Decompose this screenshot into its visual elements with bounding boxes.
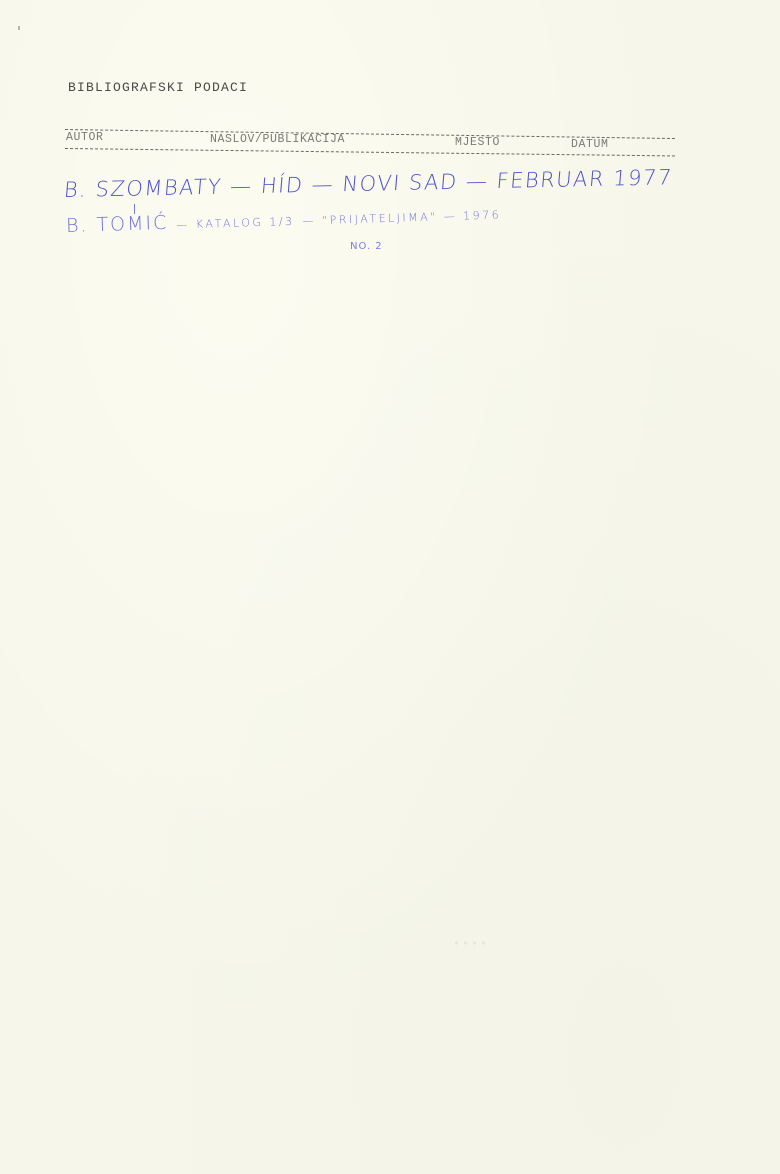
entry-2-naslov: — KATALOG 1/3 — [176, 215, 295, 232]
column-label-naslov: NASLOV/PUBLIKACIJA — [210, 133, 345, 146]
page-title: BIBLIOGRAFSKI PODACI — [68, 80, 248, 95]
column-label-autor: AUTOR — [66, 131, 104, 144]
paper-speck — [18, 26, 20, 30]
entry-2-note: NO. 2 — [350, 241, 383, 252]
faint-stamp-mark — [452, 940, 488, 948]
document-page: BIBLIOGRAFSKI PODACI AUTOR NASLOV/PUBLIK… — [0, 0, 780, 1174]
entry-2-autor: B. TOMIĆ — [66, 212, 169, 237]
column-label-datum: DATUM — [571, 138, 609, 151]
entry-2-rest: — "PRIJATELJIMA" — 1976 — [302, 208, 501, 227]
column-label-mjesto: MJESTO — [455, 136, 500, 149]
handwritten-entry-1: B. SZOMBATY — HÍD — NOVI SAD — FEBRUAR 1… — [63, 165, 674, 202]
handwritten-entry-2: B. TOMIĆ — KATALOG 1/3 — "PRIJATELJIMA" … — [66, 201, 502, 237]
